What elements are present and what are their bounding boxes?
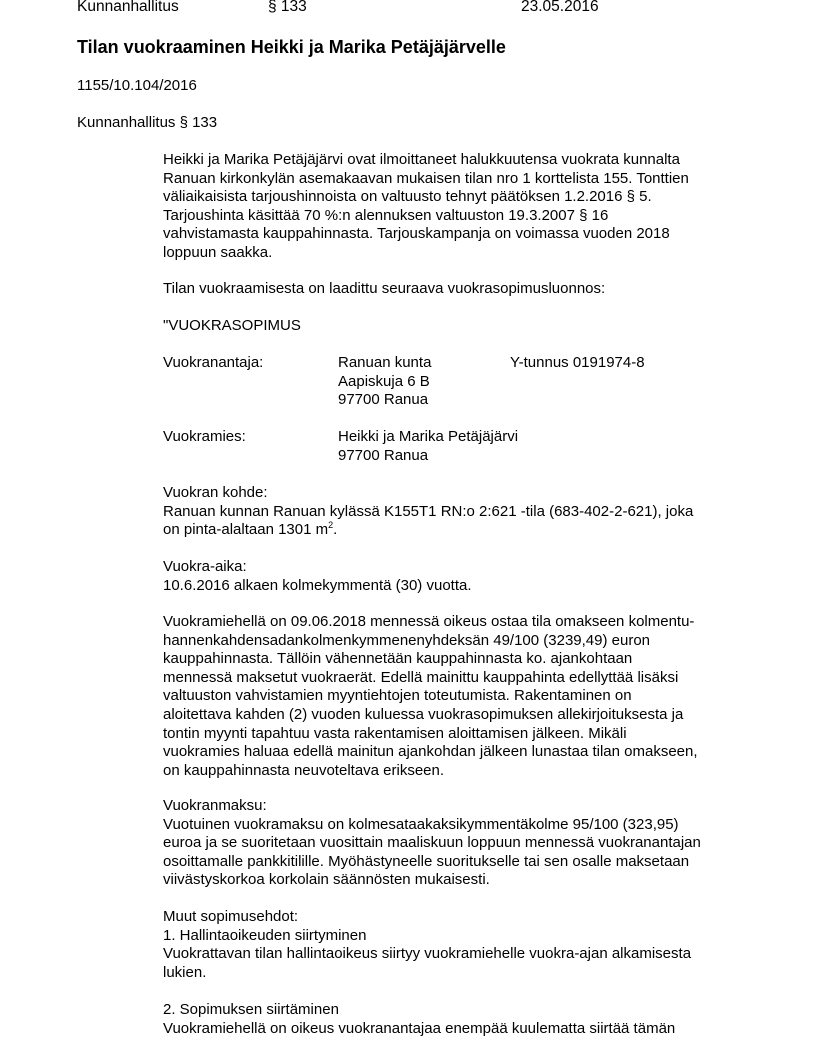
rental-term-label: Vuokra-aika: [163,558,763,577]
text-line: loppuun saakka. [163,244,763,263]
text-line: mennessä maksetut vuokraerät. Edellä mai… [163,669,763,688]
text-line: on kauppahinnasta neuvoteltava erikseen. [163,762,763,781]
text-line: osoittamalle pankkitilille. Myöhästyneel… [163,853,763,872]
header-section: § 133 [268,0,307,16]
record-number: 1155/10.104/2016 [77,77,197,96]
term-item-title: 1. Hallintaoikeuden siirtyminen [163,927,763,946]
text-line: väliaikaisista tarjoushinnoista on valtu… [163,188,763,207]
other-terms-label: Muut sopimusehdot: [163,908,763,927]
term-item-title: 2. Sopimuksen siirtäminen [163,1001,763,1020]
text-line: aloitettava kahden (2) vuoden kuluessa v… [163,706,763,725]
text-line: Ranuan kirkonkylän asemakaavan mukaisen … [163,170,763,189]
rent-section: Vuokranmaksu: Vuotuinen vuokramaksu on k… [163,797,763,890]
text-line: tontin myynti tapahtuu vasta rakentamise… [163,725,763,744]
period: . [333,521,337,538]
header-date: 23.05.2016 [521,0,599,16]
text-line: vahvistamasta kauppahinnasta. Tarjouskam… [163,225,763,244]
purchase-paragraph: Vuokramiehellä on 09.06.2018 mennessä oi… [163,613,763,780]
text-line: Vuokramiehellä on 09.06.2018 mennessä oi… [163,613,763,632]
intro-paragraph: Heikki ja Marika Petäjäjärvi ovat ilmoit… [163,151,763,263]
lessee-name: Heikki ja Marika Petäjäjärvi [338,428,518,447]
text-line: hannenkahdensadankolmenkymmenenyhdeksän … [163,632,763,651]
text-line: viivästyskorkoa korkolain säännösten muk… [163,871,763,890]
draft-intro: Tilan vuokraamisesta on laadittu seuraav… [163,280,605,299]
text-line: vuokramies haluaa edellä mainitun ajanko… [163,743,763,762]
section-reference: Kunnanhallitus § 133 [77,114,217,133]
text-line: lukien. [163,964,763,983]
text-line: euroa ja se suoritetaan vuosittain maali… [163,834,763,853]
text-line: Vuokramiehellä on oikeus vuokranantajaa … [163,1020,763,1039]
text-line: valtuuston vahvistamien myyntiehtojen to… [163,687,763,706]
text-line: Tarjoushinta käsittää 70 %:n alennuksen … [163,207,763,226]
rent-label: Vuokranmaksu: [163,797,763,816]
rental-term-text: 10.6.2016 alkaen kolmekymmentä (30) vuot… [163,577,763,596]
text-line: Vuokrattavan tilan hallintaoikeus siirty… [163,945,763,964]
header-body: Kunnanhallitus [77,0,179,16]
lessor-postal: 97700 Ranua [338,391,428,410]
spacer [163,982,763,1001]
lessor-street: Aapiskuja 6 B [338,373,430,392]
lessor-name: Ranuan kunta [338,354,431,373]
text-line: Heikki ja Marika Petäjäjärvi ovat ilmoit… [163,151,763,170]
rental-object-label: Vuokran kohde: [163,484,763,503]
lessor-business-id: Y-tunnus 0191974-8 [510,354,645,373]
area-text: on pinta-alaltaan 1301 m [163,521,328,538]
lessor-label: Vuokranantaja: [163,354,263,373]
other-terms-section: Muut sopimusehdot: 1. Hallintaoikeuden s… [163,908,763,1038]
rental-object-section: Vuokran kohde: Ranuan kunnan Ranuan kylä… [163,484,763,540]
text-line: Vuotuinen vuokramaksu on kolmesataakaksi… [163,816,763,835]
lessee-postal: 97700 Ranua [338,447,428,466]
text-line: Ranuan kunnan Ranuan kylässä K155T1 RN:o… [163,503,763,522]
text-line: on pinta-alaltaan 1301 m2. [163,521,763,540]
lessee-label: Vuokramies: [163,428,246,447]
text-line: kauppahinnasta. Tällöin vähennetään kaup… [163,650,763,669]
contract-title: "VUOKRASOPIMUS [163,317,301,336]
rental-term-section: Vuokra-aika: 10.6.2016 alkaen kolmekymme… [163,558,763,595]
page-title: Tilan vuokraaminen Heikki ja Marika Petä… [77,37,506,58]
